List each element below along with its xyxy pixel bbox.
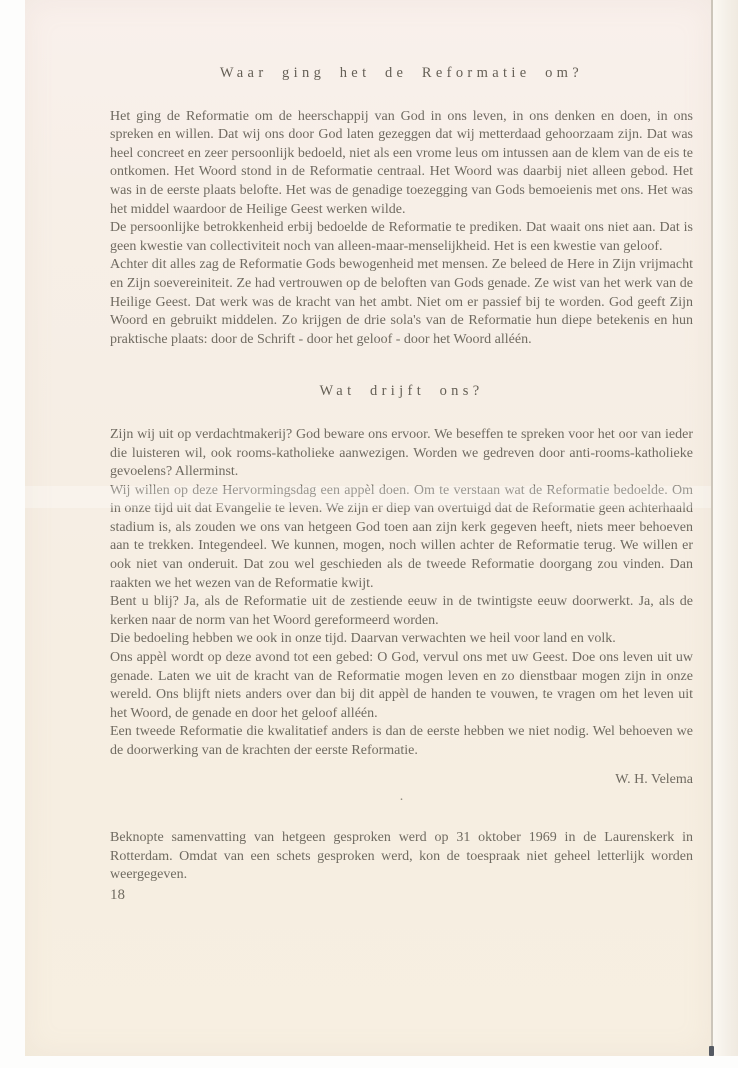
binding-mark <box>709 1046 714 1056</box>
paragraph: De persoonlijke betrokkenheid erbij bedo… <box>110 219 693 256</box>
footnote: Beknopte samenvatting van hetgeen gespro… <box>110 829 693 885</box>
paragraph: Het ging de Reformatie om de heerschappi… <box>110 108 693 220</box>
section-heading-reformatie: Waar ging het de Reformatie om? <box>110 64 693 83</box>
section-body-wat-drijft-ons: Zijn wij uit op verdachtmakerij? God bew… <box>110 426 693 761</box>
paragraph: Zijn wij uit op verdachtmakerij? God bew… <box>110 426 693 482</box>
section-heading-wat-drijft-ons: Wat drijft ons? <box>110 382 693 401</box>
page-content: Waar ging het de Reformatie om? Het ging… <box>110 0 693 905</box>
scanned-book-page: Waar ging het de Reformatie om? Het ging… <box>0 0 738 1068</box>
paragraph: Wij willen op deze Hervormingsdag een ap… <box>110 482 693 594</box>
paragraph: Een tweede Reformatie die kwalitatief an… <box>110 723 693 760</box>
paragraph: Die bedoeling hebben we ook in onze tijd… <box>110 630 693 649</box>
paragraph: Bent u blij? Ja, als de Reformatie uit d… <box>110 593 693 630</box>
divider-dot: . <box>110 791 693 803</box>
page-number: 18 <box>110 886 693 905</box>
author-signature: W. H. Velema <box>110 771 693 790</box>
paragraph: Ons appèl wordt op deze avond tot een ge… <box>110 649 693 723</box>
next-page-edge <box>711 0 738 1056</box>
paper-page: Waar ging het de Reformatie om? Het ging… <box>25 0 711 1056</box>
paragraph: Achter dit alles zag de Reformatie Gods … <box>110 256 693 349</box>
footnote-text: Beknopte samenvatting van hetgeen gespro… <box>110 829 693 885</box>
section-body-reformatie: Het ging de Reformatie om de heerschappi… <box>110 108 693 350</box>
